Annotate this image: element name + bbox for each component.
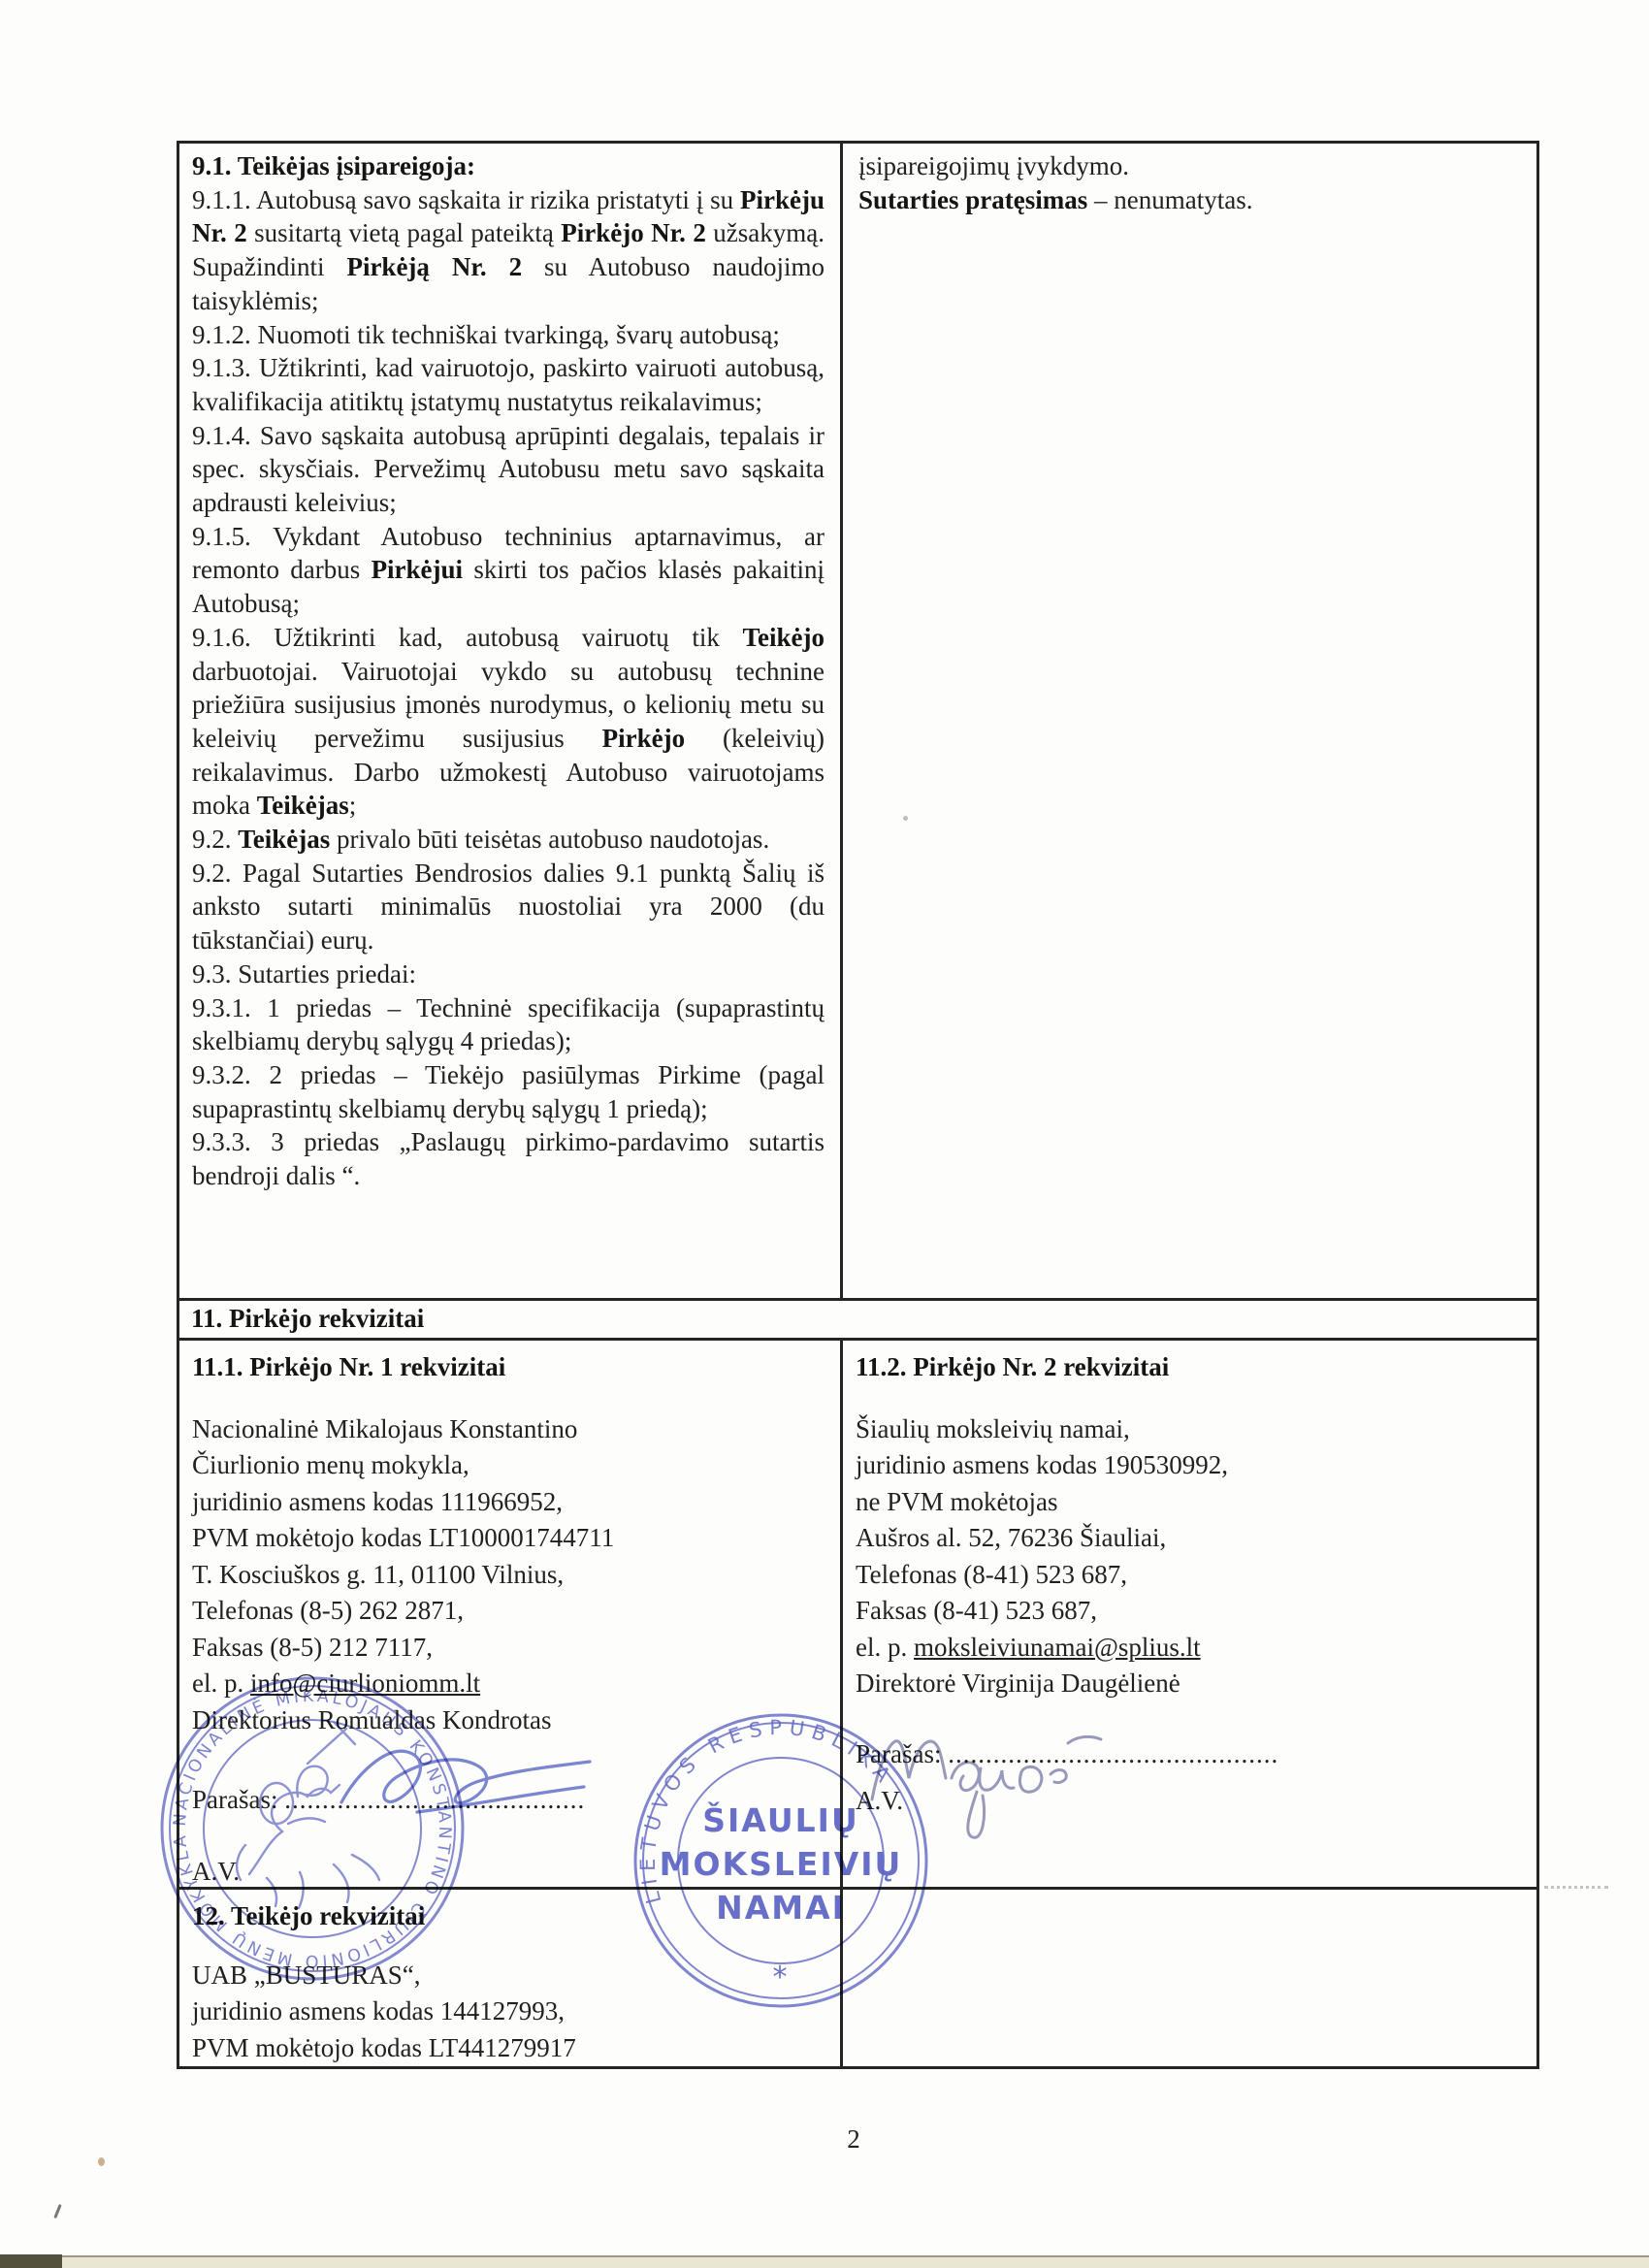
table-row-supplier: 12. Teikėjo rekvizitai UAB „BUSTURAS“,ju… [179, 1887, 1536, 2067]
paragraph: 9.3.3. 3 priedas „Paslaugų pirkimo-parda… [192, 1125, 824, 1192]
paragraph: 9.1.3. Užtikrinti, kad vairuotojo, paski… [192, 351, 824, 418]
buyer1-email: info@ciurlioniomm.lt [250, 1669, 480, 1698]
contract-table: 9.1. Teikėjas įsipareigoja:9.1.1. Autobu… [177, 141, 1539, 2069]
paragraph: 9.2. Teikėjas privalo būti teisėtas auto… [192, 823, 824, 857]
buyer2-av-label: A.V. [856, 1782, 1521, 1819]
text-line: UAB „BUSTURAS“, [192, 1958, 824, 1994]
text-line: PVM mokėtojo kodas LT441279917 [192, 2030, 824, 2067]
paragraph: 9.1.4. Savo sąskaita autobusą aprūpinti … [192, 419, 824, 520]
buyer1-director: Direktorius Romualdas Kondrotas [192, 1702, 824, 1739]
buyer1-av-label: A.V. [192, 1853, 824, 1890]
supplier-details: UAB „BUSTURAS“,juridinio asmens kodas 14… [192, 1958, 824, 2067]
paragraph: įsipareigojimų įvykdymo. [858, 149, 1517, 183]
buyer2-email: moksleiviunamai@splius.lt [914, 1633, 1201, 1662]
paragraph: 9.3. Sutarties priedai: [192, 957, 824, 991]
page-number: 2 [834, 2124, 873, 2155]
buyer1-email-line: el. p. info@ciurlioniomm.lt [192, 1666, 824, 1702]
paragraph: 9.3.2. 2 priedas – Tiekėjo pasiūlymas Pi… [192, 1058, 824, 1125]
table-row-section11-header: 11. Pirkėjo rekvizitai [179, 1298, 1536, 1338]
table-row-requisites: 11.1. Pirkėjo Nr. 1 rekvizitai Nacionali… [179, 1338, 1536, 1887]
buyer2-email-line: el. p. moksleiviunamai@splius.lt [856, 1630, 1521, 1667]
section9-left-cell: 9.1. Teikėjas įsipareigoja:9.1.1. Autobu… [179, 144, 840, 1298]
text-line: juridinio asmens kodas 190530992, [856, 1447, 1521, 1484]
text-line: PVM mokėtojo kodas LT100001744711 [192, 1520, 824, 1557]
text-line: ne PVM mokėtojas [856, 1484, 1521, 1521]
section9-right-cell: įsipareigojimų įvykdymo.Sutarties pratęs… [840, 144, 1536, 1298]
scan-speck [1544, 1886, 1608, 1889]
buyer2-cell: 11.2. Pirkėjo Nr. 2 rekvizitai Šiaulių m… [840, 1341, 1536, 1887]
section12-header: 12. Teikėjo rekvizitai [192, 1897, 824, 1934]
paragraph: 9.2. Pagal Sutarties Bendrosios dalies 9… [192, 857, 824, 957]
text-line: juridinio asmens kodas 144127993, [192, 1993, 824, 2030]
text-line: Faksas (8-41) 523 687, [856, 1593, 1521, 1630]
buyer2-details: Šiaulių moksleivių namai,juridinio asmen… [856, 1411, 1521, 1630]
scanned-contract-page: 9.1. Teikėjas įsipareigoja:9.1.1. Autobu… [0, 0, 1649, 2268]
text-line: Faksas (8-5) 212 7117, [192, 1630, 824, 1667]
supplier-empty-cell [840, 1890, 1536, 2067]
buyer2-director: Direktorė Virginija Daugėlienė [856, 1666, 1521, 1702]
paragraph: 9.1. Teikėjas įsipareigoja: [192, 149, 824, 183]
scan-edge-strip [0, 2257, 1649, 2268]
paragraph: 9.1.5. Vykdant Autobuso techninius aptar… [192, 520, 824, 621]
text-line: Aušros al. 52, 76236 Šiauliai, [856, 1520, 1521, 1557]
table-row-section9: 9.1. Teikėjas įsipareigoja:9.1.1. Autobu… [179, 144, 1536, 1298]
text-line: Čiurlionio menų mokykla, [192, 1447, 824, 1484]
paragraph: 9.1.1. Autobusą savo sąskaita ir rizika … [192, 183, 824, 318]
buyer1-header: 11.1. Pirkėjo Nr. 1 rekvizitai [192, 1348, 824, 1385]
text-line: juridinio asmens kodas 111966952, [192, 1484, 824, 1521]
buyer1-signature-line: Parašas: ...............................… [192, 1781, 824, 1818]
text-line: Telefonas (8-41) 523 687, [856, 1557, 1521, 1594]
email-prefix: el. p. [856, 1633, 914, 1662]
signature-dotted-line: ........................................… [948, 1739, 1278, 1768]
scan-edge-corner [0, 2254, 62, 2268]
buyer1-cell: 11.1. Pirkėjo Nr. 1 rekvizitai Nacionali… [179, 1341, 840, 1887]
text-line: Telefonas (8-5) 262 2871, [192, 1593, 824, 1630]
text-line: Šiaulių moksleivių namai, [856, 1411, 1521, 1448]
scan-speck [53, 2204, 61, 2219]
paragraph: 9.1.2. Nuomoti tik techniškai tvarkingą,… [192, 318, 824, 352]
supplier-cell: 12. Teikėjo rekvizitai UAB „BUSTURAS“,ju… [179, 1890, 840, 2067]
signature-label: Parašas: [856, 1739, 948, 1768]
paragraph: Sutarties pratęsimas – nenumatytas. [858, 183, 1517, 217]
signature-dotted-line: ........................................ [284, 1785, 585, 1814]
section11-header: 11. Pirkėjo rekvizitai [179, 1301, 424, 1338]
buyer2-signature-line: Parašas: ...............................… [856, 1735, 1521, 1772]
paragraph: 9.1.6. Užtikrinti kad, autobusą vairuotų… [192, 621, 824, 823]
paragraph: 9.3.1. 1 priedas – Techninė specifikacij… [192, 991, 824, 1058]
buyer1-details: Nacionalinė Mikalojaus KonstantinoČiurli… [192, 1411, 824, 1667]
scan-speck [98, 2157, 105, 2166]
text-line: Nacionalinė Mikalojaus Konstantino [192, 1411, 824, 1448]
email-prefix: el. p. [192, 1669, 250, 1698]
buyer2-header: 11.2. Pirkėjo Nr. 2 rekvizitai [856, 1348, 1521, 1385]
scan-speck [903, 816, 908, 821]
text-line: T. Kosciuškos g. 11, 01100 Vilnius, [192, 1557, 824, 1594]
signature-label: Parašas: [192, 1785, 284, 1814]
